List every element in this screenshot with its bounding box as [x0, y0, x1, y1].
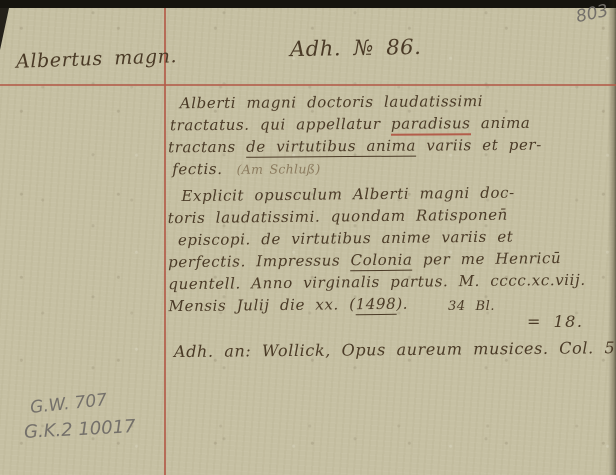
colophon-line-6-pre: Mensis Julij die xx. (: [168, 295, 355, 315]
ink-underlined-year: 1498: [356, 295, 397, 315]
colophon-line-2-text: toris laudatissimi. quondam Ratisponen̄: [168, 206, 508, 228]
entry-line-1-text: Alberti magni doctoris laudatissimi: [180, 92, 484, 112]
entry-line-1: Alberti magni doctoris laudatissimi: [168, 90, 542, 115]
colophon-line-4-pre: perfectis. Impressus: [168, 251, 351, 271]
colophon-line-5-text: quentell. Anno virginalis partus. M. ccc…: [168, 271, 585, 293]
entry-line-3-post: variis et per-: [416, 136, 542, 155]
gk-reference: G.K.2 10017: [24, 416, 137, 443]
heading-author: Albertus magn.: [16, 45, 178, 73]
entry-line-3: tractans de virtutibus anima variis et p…: [168, 134, 542, 159]
red-underlined-word: paradisus: [391, 114, 471, 136]
price-mark: = 18.: [527, 312, 583, 331]
colophon-line-5: quentell. Anno virginalis partus. M. ccc…: [168, 269, 586, 295]
ink-underlined-phrase: de virtutibus anima: [246, 137, 416, 158]
colophon-line-4-post: per me Henricū: [412, 249, 561, 269]
entry-line-3-pre: tractans: [168, 138, 246, 157]
ink-underlined-place: Colonia: [350, 251, 412, 272]
entry-line-2-post: anima: [470, 114, 530, 132]
colophon-line-3-text: episcopi. de virtutibus anime variis et: [178, 228, 514, 250]
red-horizontal-rule: [0, 84, 616, 86]
entry-line-2: tractatus. qui appellatur paradisus anim…: [168, 112, 542, 137]
colophon-line-6: Mensis Julij die xx. (1498).: [168, 291, 586, 317]
colophon-paragraph: Explicit opusculum Alberti magni doc- to…: [167, 181, 586, 317]
bound-with-note: Adh. an: Wollick, Opus aureum musices. C…: [174, 338, 616, 361]
colophon-line-6-post: ).: [396, 295, 408, 313]
entry-line-4: fectis.(Am Schluß): [168, 156, 542, 182]
entry-paragraph: Alberti magni doctoris laudatissimi trac…: [168, 90, 542, 182]
colophon-line-1-text: Explicit opusculum Alberti magni doc-: [181, 184, 514, 205]
catalog-card: 803 Albertus magn. Adh. № 86. Alberti ma…: [0, 0, 616, 475]
leaf-count: 34 Bl.: [448, 299, 495, 314]
heading-shelfmark: Adh. № 86.: [290, 35, 422, 61]
scan-top-edge: [0, 0, 616, 8]
entry-line-2-pre: tractatus. qui appellatur: [170, 115, 391, 135]
scan-right-edge: [608, 0, 616, 475]
entry-line-4-text: fectis.: [172, 160, 222, 178]
red-vertical-rule: [164, 8, 166, 475]
gw-reference: G.W. 707: [29, 390, 108, 418]
entry-german-note: (Am Schluß): [237, 161, 321, 177]
scan-corner-shadow: [0, 8, 9, 50]
